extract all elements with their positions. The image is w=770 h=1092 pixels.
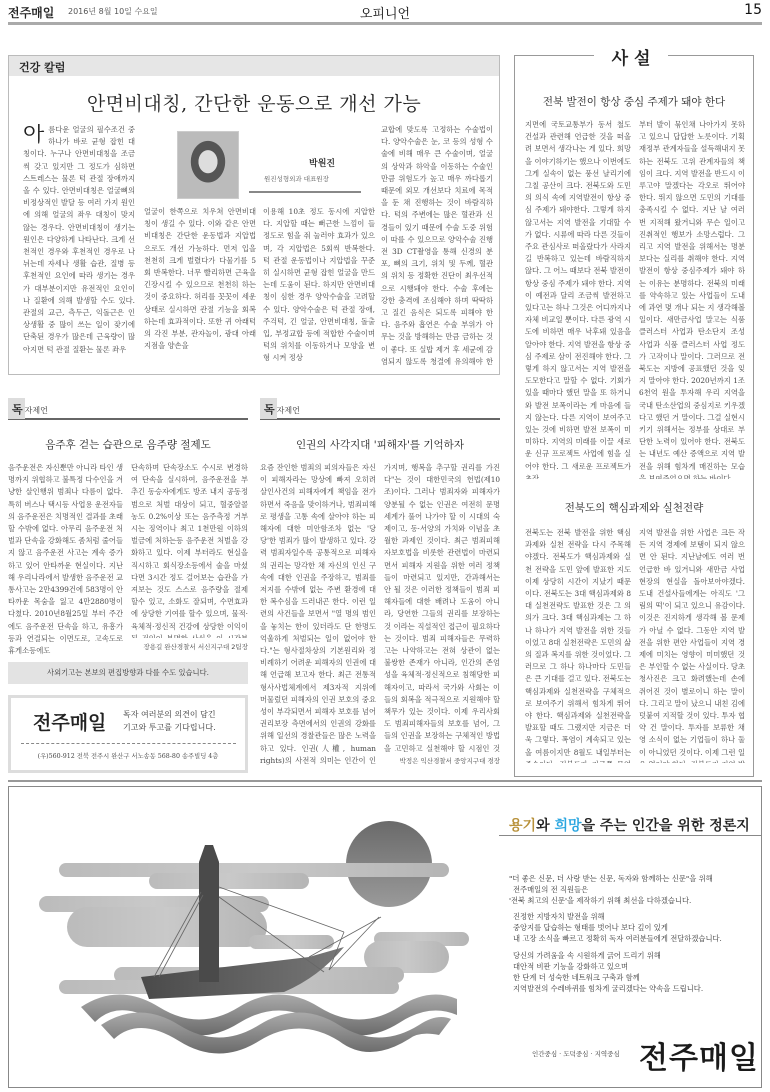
reader-section-header-left: 독자제언 [8,398,248,420]
article-column-2: 얼굴이 한쪽으로 치우쳐 안면비대칭이 생길 수 있다. 이와 같은 안면비대칭… [144,206,256,368]
postal-address: (우)560-912 전북 전주시 완산구 서노송동 568-80 송주빌딩 4… [11,751,245,760]
ad-logo: 전주매일 [639,1033,759,1077]
section-title: 오피니언 [8,3,762,22]
author-divider [249,191,361,193]
editorial-1-headline: 전북 발전이 항상 중심 주제가 돼야 한다 [515,94,753,109]
newspaper-advertisement: 용기와 희망을 주는 인간을 위한 정론지 "더 좋은 신문, 더 사랑 받는 … [8,786,762,1088]
submission-message: 독자 여러분의 의견이 담긴 기고와 투고를 기다립니다. [123,708,216,734]
health-column: 건강 칼럼 안면비대칭, 간단한 운동으로 개선 가능 아름다운 얼굴의 필수조… [8,55,500,375]
reader-left-column-2: 단속하며 단속장소도 수시로 변경하여 단속을 실시하여, 음주운전을 부추긴 … [131,462,248,638]
page-number: 15 [744,2,762,18]
reader-right-byline: 박정은 익산경찰서 중앙지구대 경장 [384,756,500,765]
author-photo [177,131,239,199]
ad-paragraph-1: "더 좋은 신문, 더 사랑 받는 신문, 독자와 함께하는 신문"을 위해 전… [509,873,713,906]
reader-right-column-2: 가지며, 행복을 추구할 권리를 가진다"는 것이 대한민국의 헌법(제10조)… [384,462,500,752]
drop-cap: 아 [23,124,44,146]
ad-slogan: 용기와 희망을 주는 인간을 위한 정론지 [509,815,750,835]
author-name: 박원진 [309,156,335,169]
submission-box: 전주매일 독자 여러분의 의견이 담긴 기고와 투고를 기다립니다. (우)56… [8,695,248,773]
ad-paragraph-2: 진정한 지방자치 발전을 위해 중앙지를 답습하는 형태를 벗어나 보다 깊이 … [509,911,722,944]
editorial-box: 전북 발전이 항상 중심 주제가 돼야 한다 지면에 국토교통부가 동서 철도 … [514,55,754,777]
column-label: 건강 칼럼 [9,56,499,76]
waves [81,995,457,1054]
reader-left-headline: 음주후 걷는 습관으로 음주량 절제도 [8,437,248,452]
author-title: 원진성형외과 대표원장 [264,174,329,183]
reader-right-column-1: 요즘 잔인한 범죄의 피의자들은 자신이 피해자라는 망상에 빠져 오히려 살인… [260,462,376,768]
editorial-1-column-2: 부터 발이 묶인채 나아가지 못하고 있으니 답답한 노릇이다. 기획재정부 관… [639,119,745,479]
editorial-2-headline: 전북도의 핵심과제와 실천전략 [515,500,753,515]
editorial-2-column-2: 지역 발전을 위한 사업은 크든 작든 지역 경제에 보탬이 되지 않으면 안 … [639,527,745,763]
contribution-disclaimer: 사외기고는 본보의 편집방향과 다를 수도 있습니다. [8,662,248,684]
editorial-2-column-1: 전북도는 전북 발전을 위한 핵심 과제와 실천 전략을 다시 주목해야겠다. … [525,527,631,763]
ad-tagline: 인간중심 · 도덕중심 · 지역중심 [532,1049,620,1058]
ship-illustration [9,787,499,1087]
article-column-3: 이용해 10초 정도 동시에 지압한다. 지압할 때는 뻐근한 느낌이 들 정도… [263,206,375,368]
newspaper-logo: 전주매일 [33,708,106,735]
ad-slogan-divider [499,835,761,836]
reader-left-byline: 장용길 완산경찰서 서신지구대 2팀장 [131,642,248,651]
reader-right-headline: 인권의 사각지대 '피해자'를 기억하자 [260,437,500,452]
article-headline: 안면비대칭, 간단한 운동으로 개선 가능 [9,89,499,116]
header-divider [8,22,762,25]
reader-section-header-right: 독자제언 [260,398,500,420]
ad-paragraph-3: 당신의 가려움을 속 시원하게 긁어 드리기 위해 대안적 비판 기능을 강화하… [509,950,703,994]
article-column-4: 교합에 맞도록 고정하는 수술법이다. 양악수술은 눈, 코 등의 성형 수술에… [381,124,493,368]
ship-mast [199,862,219,982]
dashed-divider [21,743,236,744]
ad-divider [8,780,762,782]
article-column-1: 아름다운 얼굴의 필수조건 중 하나가 바로 균형 잡힌 대칭이다. 누구나 안… [23,124,135,368]
reader-left-column-1: 음주운전은 자신뿐만 아니라 타인 생명까지 위협하고 불특정 다수인을 겨냥한… [8,462,123,656]
editorial-1-column-1: 지면에 국토교통부가 동서 철도 건설과 관련해 언급한 것을 떠올려 보면서 … [525,119,631,479]
